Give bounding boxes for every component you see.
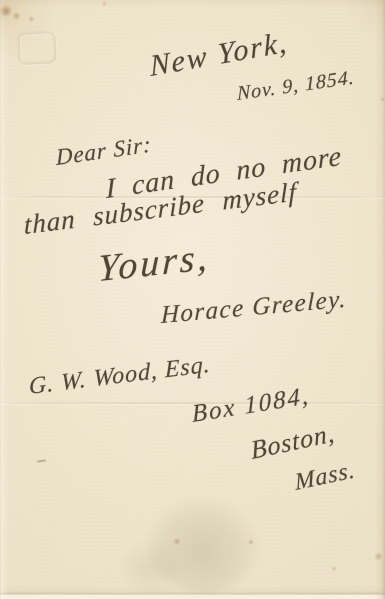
salutation: Dear Sir:: [56, 133, 152, 170]
embossed-stationery-seal: [18, 32, 57, 65]
foxing-spot: [0, 4, 12, 18]
pencil-dash-mark: [37, 459, 46, 462]
foxing-spot: [380, 97, 385, 102]
foxing-spot: [12, 12, 21, 20]
address-line-4: Mass.: [294, 458, 357, 495]
stain-mark: [118, 540, 184, 596]
dateline-date: Nov. 9, 1854.: [237, 67, 355, 104]
foxing-spot: [374, 552, 383, 561]
letter-photograph: New York, Nov. 9, 1854. Dear Sir: I can …: [0, 0, 385, 599]
foxing-spot: [173, 538, 181, 545]
closing: Yours,: [97, 238, 210, 288]
signature: Horace Greeley.: [161, 287, 348, 328]
foxing-spot: [28, 16, 35, 22]
address-line-2: Box 1084,: [191, 383, 310, 427]
foxing-spot: [331, 566, 337, 571]
dateline-city: New York,: [149, 28, 289, 82]
address-line-1: G. W. Wood, Esq.: [29, 353, 211, 399]
foxing-spot: [101, 1, 108, 6]
foxing-spot: [248, 539, 254, 545]
address-line-3: Boston,: [250, 420, 337, 464]
